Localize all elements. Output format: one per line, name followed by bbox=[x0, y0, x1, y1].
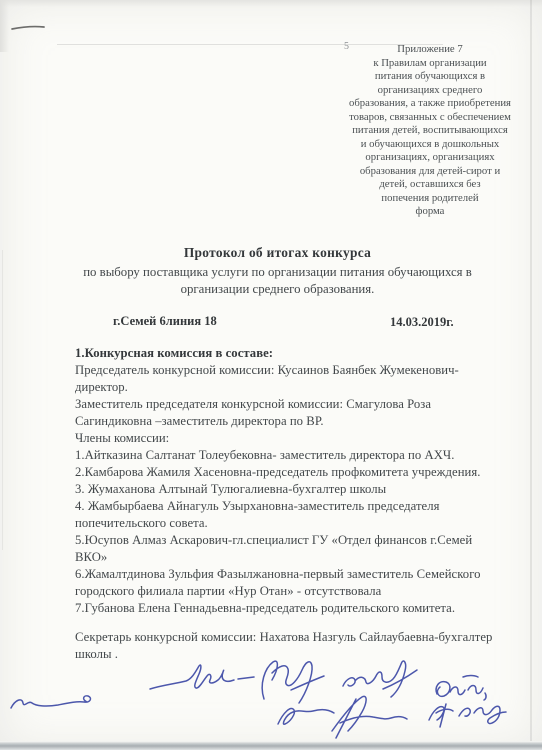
signature-stroke-8 bbox=[429, 704, 453, 727]
appendix-line: товаров, связанных с обеспечением bbox=[330, 111, 530, 125]
signature-stroke-5 bbox=[343, 661, 417, 697]
body-line: Сагиндиковна –заместитель директора по В… bbox=[75, 413, 515, 430]
body-line: городского филиала партии «Нур Отан» - о… bbox=[75, 583, 515, 600]
body-line: попечительского совета. bbox=[75, 515, 515, 532]
body-line-commission-heading: 1.Конкурсная комиссия в составе: bbox=[75, 345, 515, 362]
body-line: директор. bbox=[75, 379, 515, 396]
subtitle-line: по выбору поставщика услуги по организац… bbox=[60, 264, 495, 281]
signature-stroke-6 bbox=[332, 696, 407, 738]
place-label: г.Семей 6линия 18 bbox=[113, 314, 217, 329]
body-line-member-7: 7.Губанова Елена Геннадьевна-председател… bbox=[75, 600, 515, 617]
appendix-line: организациях, организациях bbox=[330, 151, 530, 165]
scanned-document-page: 5 Приложение 7 к Правилам организации пи… bbox=[0, 0, 542, 750]
body-line: Председатель конкурсной комиссии: Кусаин… bbox=[75, 362, 515, 379]
appendix-note: Приложение 7 к Правилам организации пита… bbox=[330, 43, 530, 219]
signature-stroke-4 bbox=[278, 708, 334, 724]
appendix-line: организациях среднего bbox=[330, 84, 530, 98]
appendix-line: питания обучающихся в bbox=[330, 70, 530, 84]
signature-stroke-1 bbox=[11, 696, 91, 708]
body-line-members-heading: Члены комиссии: bbox=[75, 430, 515, 447]
scan-artifact-vline-right bbox=[530, 0, 532, 750]
document-subtitle: по выбору поставщика услуги по организац… bbox=[60, 264, 495, 298]
appendix-line: и обучающихся в дошкольных bbox=[330, 138, 530, 152]
appendix-line: попечения родителей bbox=[330, 192, 530, 206]
date-label: 14.03.2019г. bbox=[390, 315, 454, 330]
body-line-member-6: 6.Жамалтдинова Зульфия Фазылжановна-перв… bbox=[75, 566, 515, 583]
document-body: 1.Конкурсная комиссия в составе: Председ… bbox=[75, 345, 515, 663]
appendix-line: детей, оставшихся без bbox=[330, 178, 530, 192]
body-line: ВКО» bbox=[75, 549, 515, 566]
scan-top-edge bbox=[0, 0, 542, 7]
signature-stroke-3 bbox=[262, 661, 324, 703]
appendix-line: Приложение 7 bbox=[330, 43, 530, 57]
scan-bottom-edge bbox=[0, 741, 542, 750]
body-line-member-5: 5.Юсупов Алмаз Аскарович-гл.специалист Г… bbox=[75, 532, 515, 549]
scan-artifact-vline-left bbox=[2, 250, 3, 550]
body-line-member-4: 4. Жамбырбаева Айнагуль Узырхановна-заме… bbox=[75, 498, 515, 515]
appendix-line: форма bbox=[330, 205, 530, 219]
subtitle-line: организации среднего образования. bbox=[60, 281, 495, 298]
signature-stroke-9 bbox=[459, 706, 506, 723]
appendix-line: образования, а также приобретения bbox=[330, 97, 530, 111]
appendix-line: образования для детей-сирот и bbox=[330, 165, 530, 179]
scan-mark-dash bbox=[12, 27, 44, 29]
body-line: Заместитель председателя конкурсной коми… bbox=[75, 396, 515, 413]
body-line-secretary: Секретарь конкурсной комиссии: Нахатова … bbox=[75, 629, 515, 646]
signature-stroke-2 bbox=[150, 665, 254, 689]
body-line-member-1: 1.Айтказина Салтанат Толеубековна- замес… bbox=[75, 447, 515, 464]
body-line: школы . bbox=[75, 646, 515, 663]
signature-stroke-7 bbox=[436, 676, 486, 701]
body-line-member-3: 3. Жумаханова Алтынай Тулюгалиевна-бухга… bbox=[75, 481, 515, 498]
body-line-member-2: 2.Камбарова Жамиля Хасеновна-председател… bbox=[75, 464, 515, 481]
scan-corner-shade bbox=[0, 0, 9, 52]
document-title: Протокол об итогах конкурса bbox=[75, 245, 480, 261]
appendix-line: питания детей, воспитывающихся bbox=[330, 124, 530, 138]
appendix-line: к Правилам организации bbox=[330, 57, 530, 71]
